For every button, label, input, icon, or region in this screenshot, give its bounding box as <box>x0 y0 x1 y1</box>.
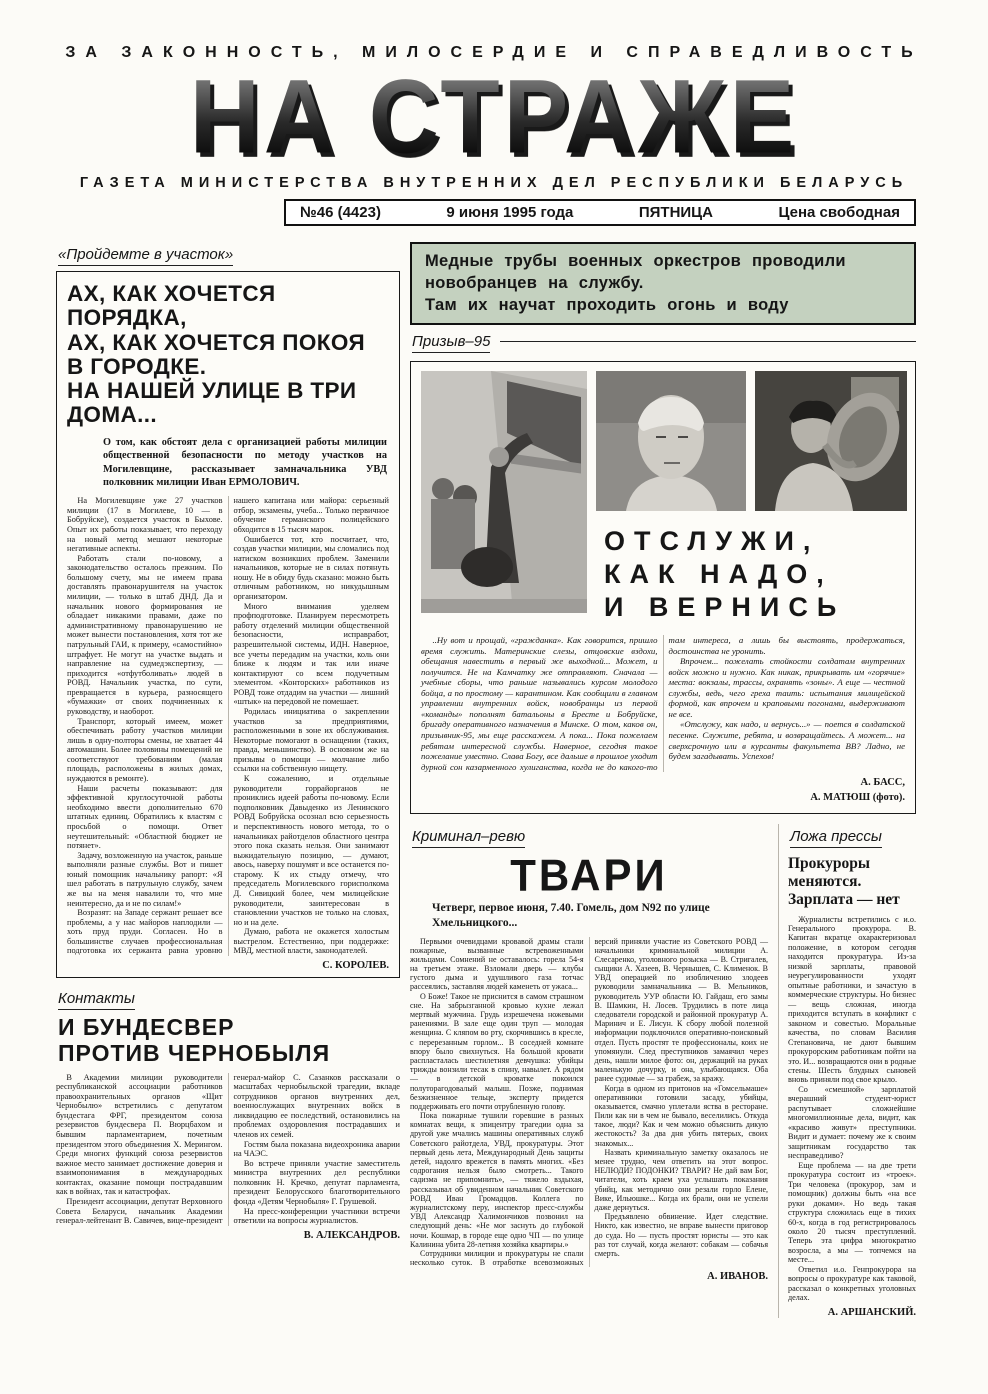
precinct-lede: О том, как обстоят дела с организацией р… <box>103 436 387 490</box>
military-tuba-player-photo <box>755 371 907 511</box>
shaved-recruit-portrait-photo <box>596 371 746 511</box>
conscription-signature: А. БАСС, А. МАТЮШ (фото). <box>421 775 905 805</box>
crime-body: Первыми очевидцами кровавой драмы стали … <box>410 937 768 1268</box>
precinct-headline: АХ, КАК ХОЧЕТСЯ ПОРЯДКА, АХ, КАК ХОЧЕТСЯ… <box>67 282 389 428</box>
right-column: Медные трубы военных оркестров проводили… <box>410 242 916 1318</box>
recruit-banner: Медные трубы военных оркестров проводили… <box>410 242 916 325</box>
conscription-headline: ОТСЛУЖИ, КАК НАДО, И ВЕРНИСЬ <box>604 525 907 624</box>
rubric-rule <box>500 341 916 342</box>
page-content: «Пройдемте в участок» АХ, КАК ХОЧЕТСЯ ПО… <box>0 236 988 1318</box>
contacts-article: Контакты И БУНДЕСВЕР ПРОТИВ ЧЕРНОБЫЛЯ В … <box>56 986 400 1241</box>
newspaper-title: НА СТРАЖЕ <box>0 64 988 169</box>
press-body: Журналисты встретились с и.о. Генерально… <box>788 915 916 1303</box>
contacts-headline: И БУНДЕСВЕР ПРОТИВ ЧЕРНОБЫЛЯ <box>58 1015 400 1067</box>
newspaper-subtitle: ГАЗЕТА МИНИСТЕРСТВА ВНУТРЕННИХ ДЕЛ РЕСПУ… <box>0 175 988 191</box>
precinct-body: На Могилевщине уже 27 участков милиции (… <box>67 496 389 956</box>
motto: ЗА ЗАКОННОСТЬ, МИЛОСЕРДИЕ И СПРАВЕДЛИВОС… <box>0 0 988 62</box>
recruit-waving-at-bus-photo <box>421 371 587 613</box>
newspaper-page: ЗА ЗАКОННОСТЬ, МИЛОСЕРДИЕ И СПРАВЕДЛИВОС… <box>0 0 988 1394</box>
issue-price: Цена свободная <box>778 204 900 221</box>
rubric-crime: Криминал–ревю <box>412 828 525 848</box>
photo-row: ОТСЛУЖИ, КАК НАДО, И ВЕРНИСЬ <box>421 371 905 626</box>
contacts-signature: В. АЛЕКСАНДРОВ. <box>56 1230 400 1241</box>
lower-row: Криминал–ревю ТВАРИ Четверг, первое июня… <box>410 824 916 1318</box>
press-signature: А. АРШАНСКИЙ. <box>788 1307 916 1318</box>
contacts-body: В Академии милиции руководители республи… <box>56 1073 400 1226</box>
crime-signature: А. ИВАНОВ. <box>410 1271 768 1282</box>
crime-subhead: Четверг, первое июня, 7.40. Гомель, дом … <box>432 901 768 931</box>
issue-date: 9 июня 1995 года <box>446 204 573 221</box>
issue-bar: №46 (4423) 9 июня 1995 года ПЯТНИЦА Цена… <box>284 199 916 226</box>
conscription-body: ..Ну вот и прощай, «гражданка». Как гово… <box>421 635 905 772</box>
precinct-article: АХ, КАК ХОЧЕТСЯ ПОРЯДКА, АХ, КАК ХОЧЕТСЯ… <box>56 271 400 978</box>
left-column: «Пройдемте в участок» АХ, КАК ХОЧЕТСЯ ПО… <box>56 242 400 1318</box>
crime-article: Криминал–ревю ТВАРИ Четверг, первое июня… <box>410 824 768 1318</box>
precinct-signature: С. КОРОЛЕВ. <box>67 960 389 971</box>
masthead: ЗА ЗАКОННОСТЬ, МИЛОСЕРДИЕ И СПРАВЕДЛИВОС… <box>0 0 988 226</box>
rubric-conscription: Призыв–95 <box>412 333 490 353</box>
crime-headline: ТВАРИ <box>410 854 768 898</box>
feature-right-stack: ОТСЛУЖИ, КАК НАДО, И ВЕРНИСЬ <box>596 371 907 626</box>
issue-number: №46 (4423) <box>300 204 381 221</box>
rubric-contacts: Контакты <box>58 990 135 1010</box>
two-photos <box>596 371 907 511</box>
issue-weekday: ПЯТНИЦА <box>639 204 713 221</box>
press-headline: Прокуроры меняются. Зарплата — нет <box>788 855 916 910</box>
conscription-feature: ОТСЛУЖИ, КАК НАДО, И ВЕРНИСЬ ..Ну вот и … <box>410 361 916 813</box>
press-box: Ложа прессы Прокуроры меняются. Зарплата… <box>778 824 916 1318</box>
rubric-conscription-row: Призыв–95 <box>410 329 916 358</box>
rubric-press: Ложа прессы <box>790 828 882 848</box>
rubric-precinct: «Пройдемте в участок» <box>58 246 233 266</box>
